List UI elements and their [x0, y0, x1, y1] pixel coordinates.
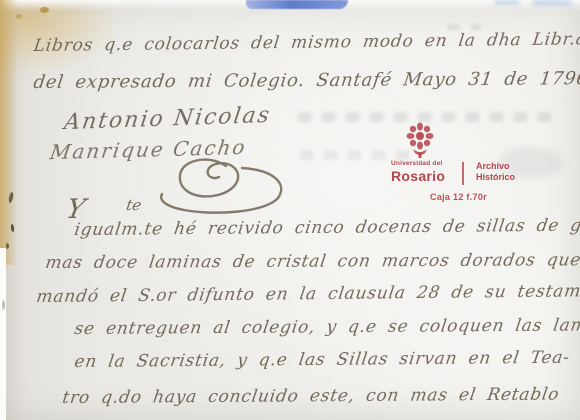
manuscript-line: igualm.te hé recivido cinco docenas de s…	[73, 215, 580, 240]
rosette-logo-icon	[403, 122, 437, 160]
manuscript-line: se entreguen al colegio, y q.e se coloqu…	[73, 315, 580, 339]
watermark-institution-name: Rosario	[391, 168, 445, 184]
manuscript-line: del expresado mi Colegio. Santafé Mayo 3…	[32, 68, 580, 93]
manuscript-scan-page: Libros q.e colocarlos del mismo modo en …	[0, 0, 580, 420]
stain-speck	[40, 7, 49, 13]
left-edge-stain	[0, 0, 18, 265]
blue-tape-strip	[246, 0, 348, 9]
scan-left-margin	[0, 248, 6, 420]
catchword-superscript: te	[125, 196, 143, 214]
ink-speck	[6, 243, 9, 249]
bleedthrough-text	[298, 112, 556, 122]
box-folio-reference: Caja 12 f.70r	[430, 192, 487, 202]
watermark-division-line2: Histórico	[476, 172, 515, 183]
manuscript-line: mas doce laminas de cristal con marcos d…	[44, 250, 580, 273]
watermark-division-line1: Archivo	[476, 161, 515, 172]
stain-speck	[16, 14, 22, 19]
stain-speck	[2, 300, 5, 310]
watermark-divider	[462, 162, 464, 185]
watermark-institution-small: Universidad del	[391, 160, 449, 167]
blue-smudge	[532, 0, 572, 6]
signature-rubric-flourish	[138, 148, 303, 226]
manuscript-line: tro q.do haya concluido este, con mas el…	[61, 385, 561, 408]
blue-smudge	[494, 0, 520, 5]
bleedthrough-text	[300, 150, 418, 160]
bleedthrough-text	[447, 24, 481, 30]
watermark-division: Archivo Histórico	[476, 161, 515, 182]
